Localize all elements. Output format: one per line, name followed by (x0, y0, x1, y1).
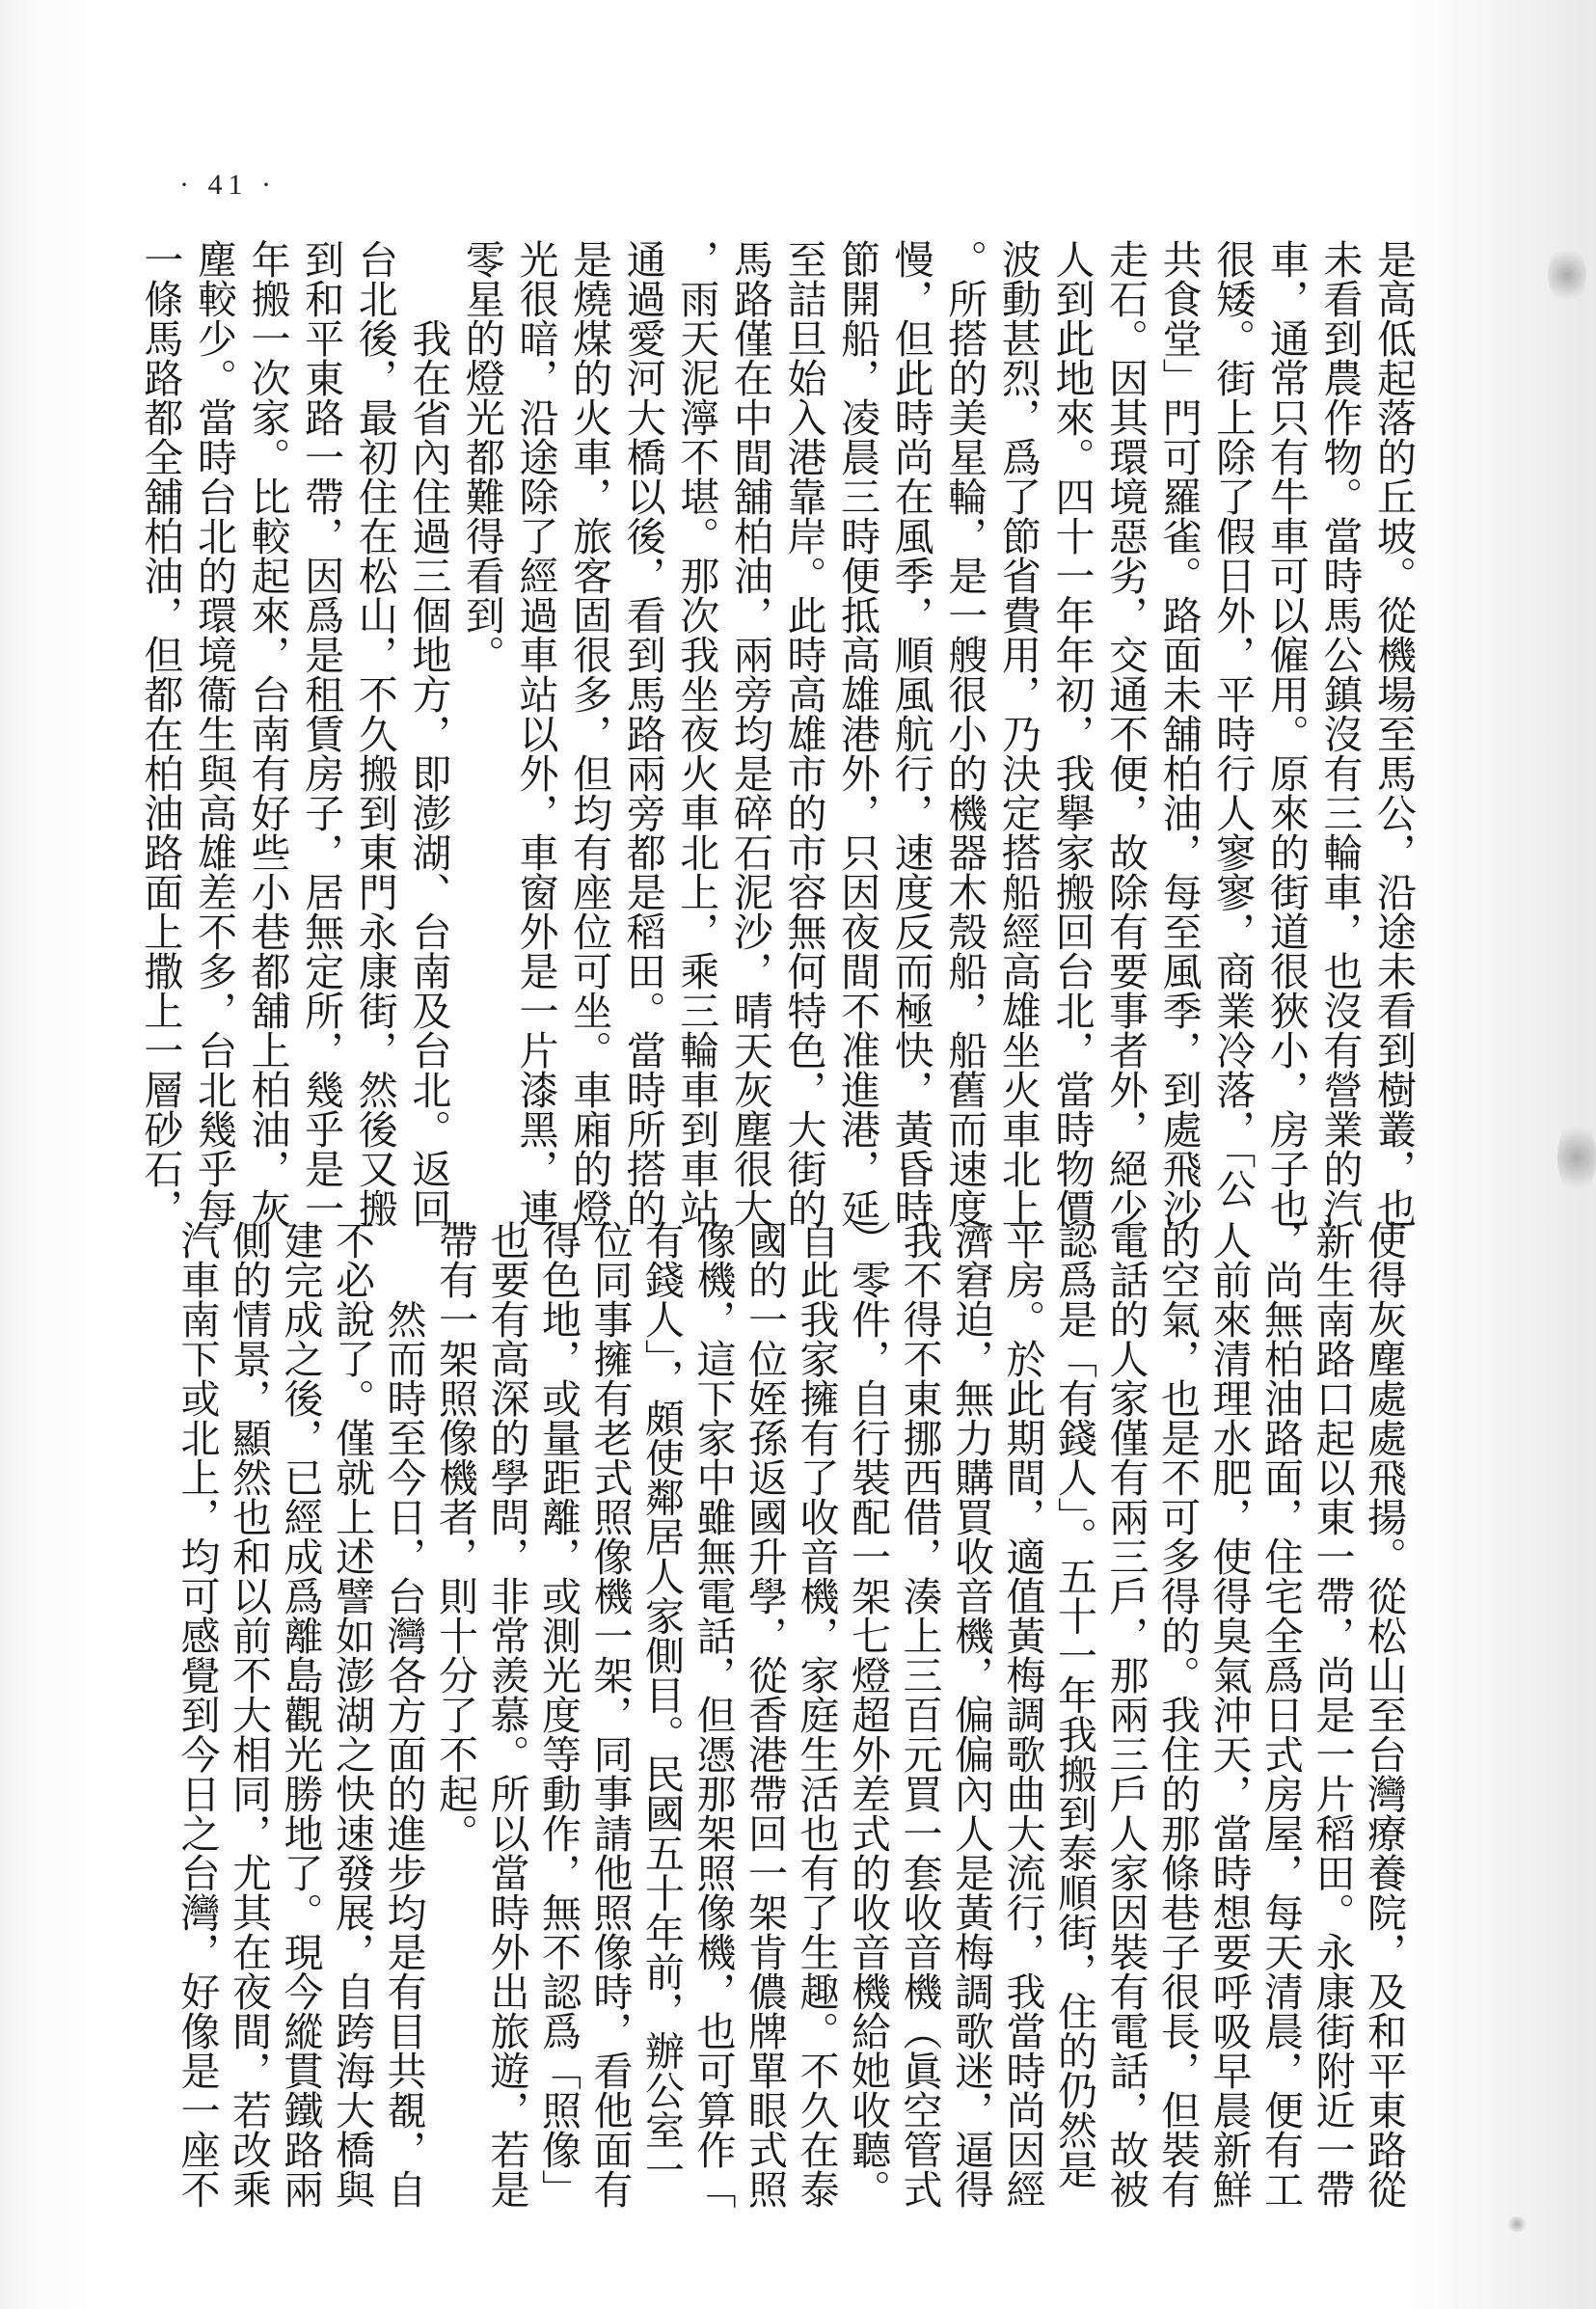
text-column: 走石。因其環境惡劣，交通不便，故除有要事者外，絕少 (1091, 239, 1145, 1194)
text-column: 慢，但此時尚在風季，順風航行，速度反而極快，黃昏時 (877, 239, 931, 1194)
text-column: 人前來清理水肥，使得臭氣沖天，當時想要呼吸早晨新鮮 (1197, 1220, 1249, 2175)
page-stain (1506, 2216, 1528, 2232)
text-column: 人到此地來。四十一年年初，我擧家搬回台北，當時物價 (1038, 239, 1092, 1194)
text-column: 零星的燈光都難得看到。 (447, 239, 501, 1194)
paragraph-start-column: 然而時至今日，台灣各方面的進步均是有目共覩，自 (371, 1220, 423, 2254)
page-stain (1548, 246, 1586, 304)
text-column: 認爲是「有錢人」。五十一年我搬到泰順街，住的仍然是 (1042, 1220, 1095, 2175)
text-block-bottom: 使得灰塵處處飛揚。從松山至台灣療養院，及和平東路從 新生南路口起以東一帶，尚是一… (165, 1220, 1403, 2175)
paragraph-start-column: 我在省內住過三個地方，即澎湖、台南及台北。返回 (394, 239, 448, 1273)
text-column: 馬路僅在中間舖柏油，兩旁均是碎石泥沙，晴天灰塵很大 (716, 239, 770, 1194)
text-column: 我不得不東挪西借，湊上三百元買一套收音機（眞空管式 (887, 1220, 939, 2175)
text-column: 節開船，凌晨三時便抵高雄港外，只因夜間不准進港，延 (823, 239, 877, 1194)
text-column: 自此我家擁有了收音機，家庭生活也有了生趣。不久在泰 (784, 1220, 836, 2175)
text-column: 的空氣，也是不可多得的。我住的那條巷子很長，但裝有 (1146, 1220, 1198, 2175)
text-column: 位同事擁有老式照像機一架，同事請他照像時，看他面有 (578, 1220, 630, 2175)
text-column: 也要有高深的學問，非常羨慕。所以當時外出旅遊，若是 (474, 1220, 527, 2175)
text-column: 側的情景，顯然也和以前不大相同，尤其在夜間，若改乘 (217, 1220, 269, 2175)
text-column: 波動甚烈，爲了節省費用，乃決定搭船經高雄坐火車北上 (984, 239, 1038, 1194)
text-column: 電話的人家僅有兩三戶，那兩三戶人家因裝有電話，故被 (1094, 1220, 1146, 2175)
text-column: 至詰旦始入港靠岸。此時高雄市的市容無何特色，大街的 (770, 239, 824, 1194)
text-column: 很矮。街上除了假日外，平時行人寥寥，商業冷落，「公 (1199, 239, 1253, 1194)
text-column: 共食堂」門可羅雀。路面未舖柏油，每至風季，到處飛沙 (1145, 239, 1199, 1194)
text-column: 得色地，或量距離，或測光度等動作，無不認爲「照像」 (527, 1220, 579, 2175)
text-column: 是高低起落的丘坡。從機場至馬公，沿途未看到樹叢，也 (1359, 239, 1413, 1194)
text-column: 新生南路口起以東一帶，尚是一片稻田。永康街附近一帶 (1300, 1220, 1352, 2175)
text-column: 濟窘迫，無力購買收音機，偏偏內人是黃梅調歌迷，逼得 (939, 1220, 991, 2175)
text-column: 使得灰塵處處飛揚。從松山至台灣療養院，及和平東路從 (1352, 1220, 1404, 2175)
text-column: ，雨天泥濘不堪。那次我坐夜火車北上，乘三輪車到車站 (663, 239, 717, 1194)
text-column: 汽車南下或北上，均可感覺到今日之台灣，好像是一座不 (165, 1220, 217, 2175)
text-column: 不必說了。僅就上述譬如澎湖之快速發展，自跨海大橋與 (320, 1220, 372, 2175)
text-column: 車，通常只有牛車可以僱用。原來的街道很狹小，房子也 (1252, 239, 1306, 1194)
text-column: 建完成之後，已經成爲離島觀光勝地了。現今縱貫鐵路兩 (268, 1220, 320, 2175)
text-column: 國的一位姪孫返國升學，從香港帶回一架肯儂牌單眼式照 (733, 1220, 785, 2175)
text-column: 未看到農作物。當時馬公鎮沒有三輪車，也沒有營業的汽 (1306, 239, 1360, 1194)
text-block-top: 是高低起落的丘坡。從機場至馬公，沿途未看到樹叢，也 未看到農作物。當時馬公鎮沒有… (126, 239, 1413, 1194)
text-column: 光很暗，沿途除了經過車站以外，車窗外是一片漆黑，連 (501, 239, 555, 1194)
text-column: 平房。於此期間，適值黃梅調歌曲大流行，我當時尚因經 (990, 1220, 1042, 2175)
text-column: 帶有一架照像機者，則十分了不起。 (423, 1220, 475, 2175)
text-column: 像機，這下家中雖無電話，但憑那架照像機，也可算作「 (681, 1220, 733, 2175)
text-column: 年搬一次家。比較起來，台南有好些小巷都舖上柏油，灰 (233, 239, 287, 1194)
text-column: 一條馬路都全舖柏油，但都在柏油路面上撒上一層砂石， (126, 239, 180, 1194)
scanned-page: · 41 · 是高低起落的丘坡。從機場至馬公，沿途未看到樹叢，也 未看到農作物。… (0, 0, 1596, 2309)
text-column: 通過愛河大橋以後，看到馬路兩旁都是稻田。當時所搭的 (609, 239, 663, 1194)
text-column: 是燒煤的火車，旅客固很多，但均有座位可坐。車廂的燈 (555, 239, 609, 1194)
text-column: 塵較少。當時台北的環境衞生與高雄差不多，台北幾乎每 (179, 239, 233, 1194)
text-column: 台北後，最初住在松山，不久搬到東門永康街，然後又搬 (340, 239, 394, 1194)
text-column: 。所搭的美星輪，是一艘很小的機器木殼船，船舊而速度 (931, 239, 985, 1194)
text-column: 到和平東路一帶，因爲是租賃房子，居無定所，幾乎是一 (287, 239, 341, 1194)
page-stain (1557, 1119, 1596, 1196)
text-column: ，尚無柏油路面，住宅全爲日式房屋，每天清晨，便有工 (1249, 1220, 1301, 2175)
text-column: 有錢人」，頗使鄰居人家側目。民國五十年前，辦公室一 (630, 1220, 682, 2175)
text-column: ）零件，自行裝配一架七燈超外差式的收音機給她收聽。 (836, 1220, 888, 2175)
page-number: · 41 · (179, 169, 277, 202)
